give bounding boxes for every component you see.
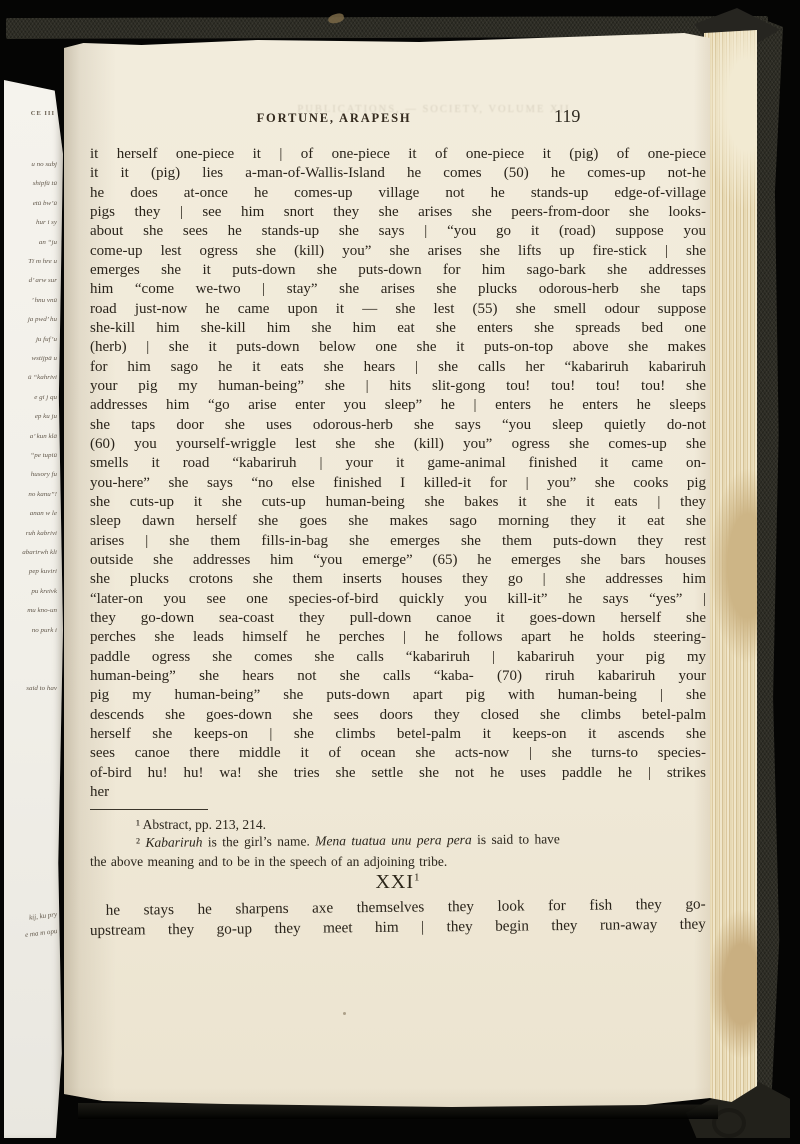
paper-speck [586,153,591,157]
body-line: your pig my human-being” she | hits slit… [90,377,706,396]
page-edge-text-fragment: “pe tupiū [30,451,57,459]
body-line: outside she addresses him “you emerge” (… [90,551,706,570]
body-line: sleep dawn herself she goes she makes sa… [90,512,706,531]
body-line: pigs they | see him snort they she arise… [90,203,706,222]
body-line: paddle ogress she comes she calls “kabar… [90,648,706,667]
footnote-2-line-1: ² Kabariruh is the girl’s name. Mena tua… [136,830,712,851]
page-edge-text-fragment: shipfü tū [33,180,57,188]
fore-edge-page-stack [704,30,757,1102]
body-line: smells it road “kabariruh | your it game… [90,454,706,473]
body-line: “later-on you see one species-of-bird qu… [90,590,706,609]
page-edge-text-fragment: etū bw’ū [33,199,57,207]
body-line: it it (pig) lies a-man-of-Wallis-Island … [90,164,706,183]
footnote-2-italic-name: Kabariruh [145,834,202,849]
body-line: arises | she them fills-in-bag she emerg… [90,532,706,551]
body-line: you-here” she says “no else finished I k… [90,474,706,493]
footnote-rule [90,809,208,810]
footnote-1: ¹ Abstract, pp. 213, 214. [136,817,266,833]
page-edge-text-fragment: wstijpā u [32,354,57,362]
page-edge-text-fragment: abarirwh kli [22,548,57,556]
page-edge-text-fragment: Tī m hre u [28,257,57,265]
page-edge-text-fragment: ep ku ju [35,412,57,420]
body-line: she plucks crotons she them inserts hous… [90,570,706,589]
body-line: he does at-once he comes-up village not … [90,184,706,203]
page-edge-text-fragment: u no subj [31,160,57,168]
page-edge-text-fragment: no kanu”! [28,490,57,498]
running-head: FORTUNE, ARAPESH [184,111,484,126]
body-line: emerges she it puts-down she puts-down f… [90,261,706,280]
body-line: her [90,783,706,802]
body-text: it herself one-piece it | of one-piece i… [90,145,706,802]
body-line: (60) you yourself-wriggle lest she she (… [90,435,706,454]
page-edge-text-fragment: an “ju [39,238,57,246]
book-scan-photo: CE III u no subjshipfü tūetū bw’ūhur i s… [0,0,800,1144]
page-edge-text-fragment: ’ hnu vnū [31,296,57,304]
body-line: they go-down sea-coast they pull-down ca… [90,609,706,628]
page-number: 119 [554,106,580,127]
page-edge-text-fragment: hur i sy [36,218,57,226]
previous-page-edge-strip: CE III u no subjshipfü tūetū bw’ūhur i s… [4,80,63,1138]
body-line: she cuts-up it she cuts-up human-being s… [90,493,706,512]
footnote-2-text-tail: is said to have [472,831,560,847]
page-edge-text-fragment: said to hav [26,684,57,692]
page-edge-text-fragment: husory fu [31,471,57,479]
body-line: come-up lest ogress she (kill) you” she … [90,242,706,261]
page-edge-text-fragment: e gi j qu [34,393,57,401]
page-edge-text-fragment: e ma m opu [24,927,57,939]
book-page: PUBLICATIONS, — SOCIETY, VOLUME XII FORT… [64,33,710,1107]
body-line: (herb) | she it puts-down below one she … [90,338,706,357]
footnote-2-italic-phrase: Mena tuatua unu pera pera [315,832,472,848]
body-line: about she sees he stands-up she says | “… [90,222,706,241]
footnote-2-line-2: the above meaning and to be in the speec… [90,854,447,870]
body-line: pig my human-being” she puts-down apart … [90,686,706,705]
page-edge-text-fragment: pu kreivk [31,587,57,595]
body-line: road just-now he came upon it — she lest… [90,300,706,319]
paper-speck [343,1012,346,1015]
footnote-2-text: is the girl’s name. [202,833,315,849]
page-edge-text-fragment: pep kuviri [29,568,57,576]
body-line: herself she keeps-on | she climbs betel-… [90,725,706,744]
page-edge-text-fragment: a’ kun klā [30,432,57,440]
body-line: she taps door she uses odorous-herb she … [90,416,706,435]
closing-paragraph: he stays he sharpens axe themselves they… [90,895,706,941]
section-heading: XXI1 [90,871,706,894]
page-edge-text-fragment: CE III [31,110,55,117]
body-line: she-kill him she-kill him she him eat sh… [90,319,706,338]
body-line: descends she goes-down she sees doors th… [90,706,706,725]
page-edge-text-fragment: ruh kabrivi [26,529,57,537]
body-line: him “come we-two | stay” she arises she … [90,280,706,299]
body-line: perches she leads himself he perches | h… [90,628,706,647]
page-edge-text-fragment: ju fuf’u [36,335,57,343]
body-line: sees canoe there middle it of ocean she … [90,744,706,763]
page-edge-text-fragment: kij, ku pry [28,910,57,921]
page-edge-text-fragment: ū “kahrivi [28,374,57,382]
page-edge-text-fragment: d’ arw sur [29,277,57,285]
page-edge-text-fragment: ja pwd’ hu [28,315,57,323]
section-heading-numeral: XXI [375,871,414,893]
page-edge-text-fragment: no purk i [32,626,57,634]
body-line: for him sago he it eats she hears | she … [90,358,706,377]
page-edge-text-fragment: mu kno-un [27,606,57,614]
section-heading-footnote-marker: 1 [414,871,421,883]
body-line: human-being” she hears not she calls “ka… [90,667,706,686]
body-line: it herself one-piece it | of one-piece i… [90,145,706,164]
page-edge-text-fragment: anan w le [30,509,57,517]
body-line: addresses him “go arise enter you sleep”… [90,396,706,415]
body-line: of-bird hu! hu! wa! she tries she settle… [90,764,706,783]
